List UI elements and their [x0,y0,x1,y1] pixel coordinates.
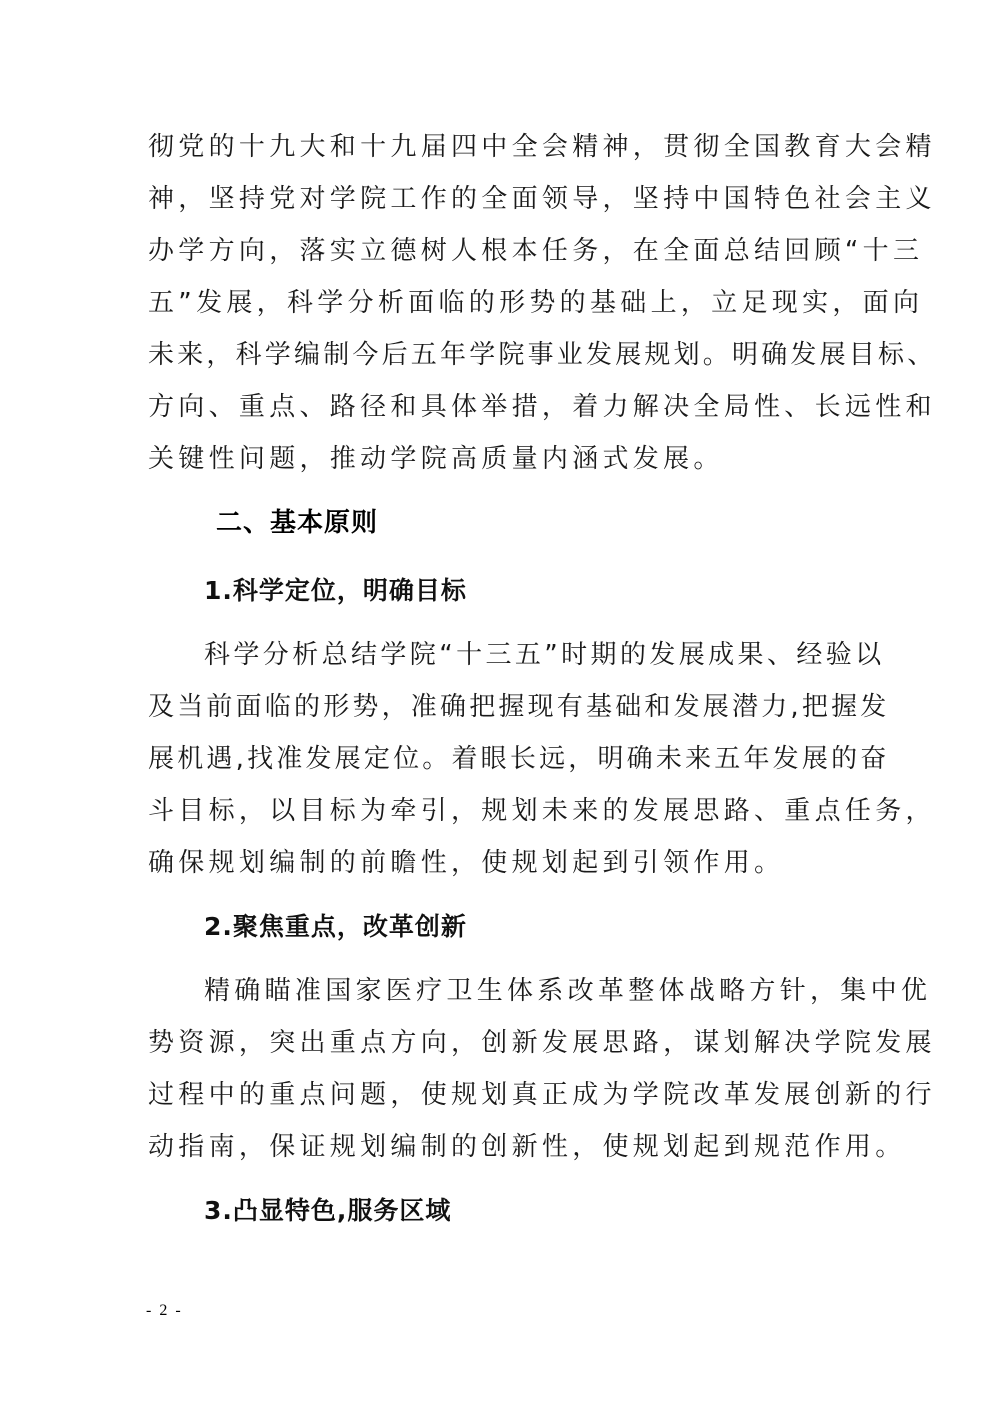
paragraph-line: 确保规划编制的前瞻性，使规划起到引领作用。 [148,843,848,883]
paragraph-line: 过程中的重点问题，使规划真正成为学院改革发展创新的行 [148,1075,848,1115]
paragraph-line: 科学分析总结学院“十三五”时期的发展成果、经验以 [204,635,848,675]
paragraph-line: 未来，科学编制今后五年学院事业发展规划。明确发展目标、 [148,335,848,375]
paragraph-line: 精确瞄准国家医疗卫生体系改革整体战略方针，集中优 [204,971,848,1011]
principle-title: 3.凸显特色,服务区域 [204,1191,451,1231]
paragraph-line: 动指南，保证规划编制的创新性，使规划起到规范作用。 [148,1127,848,1167]
paragraph-line: 展机遇,找准发展定位。着眼长远，明确未来五年发展的奋 [148,739,848,779]
paragraph-line: 关键性问题，推动学院高质量内涵式发展。 [148,439,848,479]
principle-title: 2.聚焦重点，改革创新 [204,907,467,947]
paragraph-line: 神，坚持党对学院工作的全面领导，坚持中国特色社会主义 [148,179,848,219]
principle-title: 1.科学定位，明确目标 [204,571,467,611]
paragraph-line: 势资源，突出重点方向，创新发展思路，谋划解决学院发展 [148,1023,848,1063]
paragraph-line: 彻党的十九大和十九届四中全会精神，贯彻全国教育大会精 [148,127,848,167]
paragraph-line: 及当前面临的形势，准确把握现有基础和发展潜力,把握发 [148,687,848,727]
paragraph-line: 办学方向，落实立德树人根本任务，在全面总结回顾“十三 [148,231,848,271]
page-number: - 2 - [146,1302,183,1320]
section-heading: 二、基本原则 [216,503,378,543]
document-page: 彻党的十九大和十九届四中全会精神，贯彻全国教育大会精 神，坚持党对学院工作的全面… [0,0,992,1403]
paragraph-line: 方向、重点、路径和具体举措，着力解决全局性、长远性和 [148,387,848,427]
paragraph-line: 斗目标，以目标为牵引，规划未来的发展思路、重点任务， [148,791,848,831]
paragraph-line: 五”发展，科学分析面临的形势的基础上，立足现实，面向 [148,283,848,323]
